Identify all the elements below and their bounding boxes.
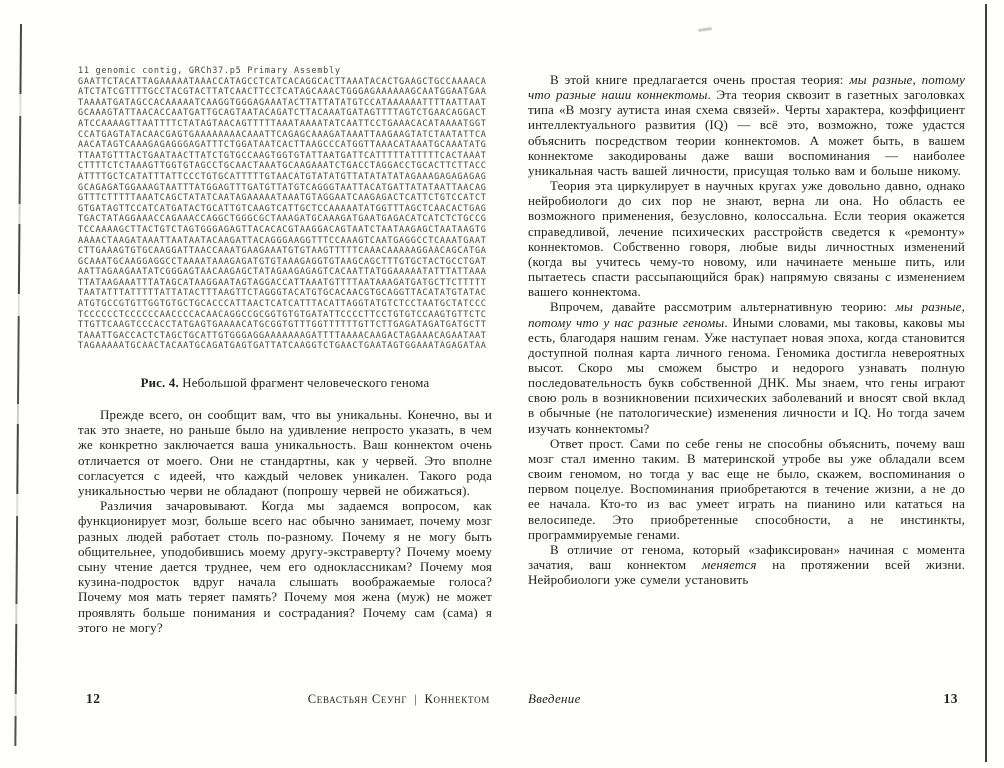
text-run: меняется: [702, 557, 757, 572]
paragraph: В этой книге предлагается очень простая …: [528, 72, 965, 178]
paragraph: Различия зачаровывают. Когда мы задаемся…: [78, 498, 492, 635]
running-head: Севастьян Сеунг|Коннектом: [308, 692, 490, 707]
running-head-separator: |: [414, 692, 417, 706]
left-page-number: 12: [86, 691, 101, 707]
right-page-number: 13: [944, 691, 959, 707]
chapter-title: Введение: [528, 691, 581, 707]
text-run: Различия зачаровывают. Когда мы задаемся…: [78, 498, 492, 635]
figure-caption-text: Небольшой фрагмент человеческого генома: [179, 376, 430, 390]
paragraph: Ответ прост. Сами по себе гены не способ…: [528, 436, 965, 542]
scan-edge-artifact-left: [14, 24, 22, 746]
text-run: . Иными словами, мы таковы, каковы мы ес…: [528, 315, 965, 436]
scan-edge-artifact-right: [985, 4, 987, 762]
page-right: В этой книге предлагается очень простая …: [528, 56, 965, 587]
text-run: Ответ прост. Сами по себе гены не способ…: [528, 436, 965, 542]
figure-caption: Рис. 4. Небольшой фрагмент человеческого…: [78, 376, 492, 391]
running-head-author: Севастьян Сеунг: [308, 692, 408, 706]
dna-sequence-block: GAATTCTACATTAGAAAAATAAACCATAGCCTCATCACAG…: [78, 77, 492, 352]
running-head-title: Коннектом: [424, 692, 490, 706]
book-scan-spread: 11 genomic contig, GRCh37.p5 Primary Ass…: [0, 0, 1004, 768]
figure-assembly-header: 11 genomic contig, GRCh37.p5 Primary Ass…: [78, 66, 492, 77]
left-page-footer: 12 Севастьян Сеунг|Коннектом: [86, 691, 490, 707]
genome-figure: 11 genomic contig, GRCh37.p5 Primary Ass…: [78, 66, 492, 391]
paragraph: В отличие от генома, который «зафиксиров…: [528, 542, 965, 587]
text-run: Теория эта циркулирует в научных кругах …: [528, 178, 965, 299]
left-page-body: Прежде всего, он сообщит вам, что вы уни…: [78, 407, 492, 635]
scan-speck: [698, 27, 712, 32]
text-run: Впрочем, давайте рассмотрим альтернативн…: [550, 299, 896, 314]
text-run: Прежде всего, он сообщит вам, что вы уни…: [78, 407, 492, 498]
page-left: 11 genomic contig, GRCh37.p5 Primary Ass…: [78, 66, 492, 635]
right-page-body: В этой книге предлагается очень простая …: [528, 72, 965, 587]
right-page-footer: Введение 13: [528, 691, 958, 707]
paragraph: Теория эта циркулирует в научных кругах …: [528, 178, 965, 299]
paragraph: Прежде всего, он сообщит вам, что вы уни…: [78, 407, 492, 498]
figure-caption-label: Рис. 4.: [141, 376, 179, 390]
text-run: В этой книге предлагается очень простая …: [550, 72, 849, 87]
paragraph: Впрочем, давайте рассмотрим альтернативн…: [528, 299, 965, 435]
